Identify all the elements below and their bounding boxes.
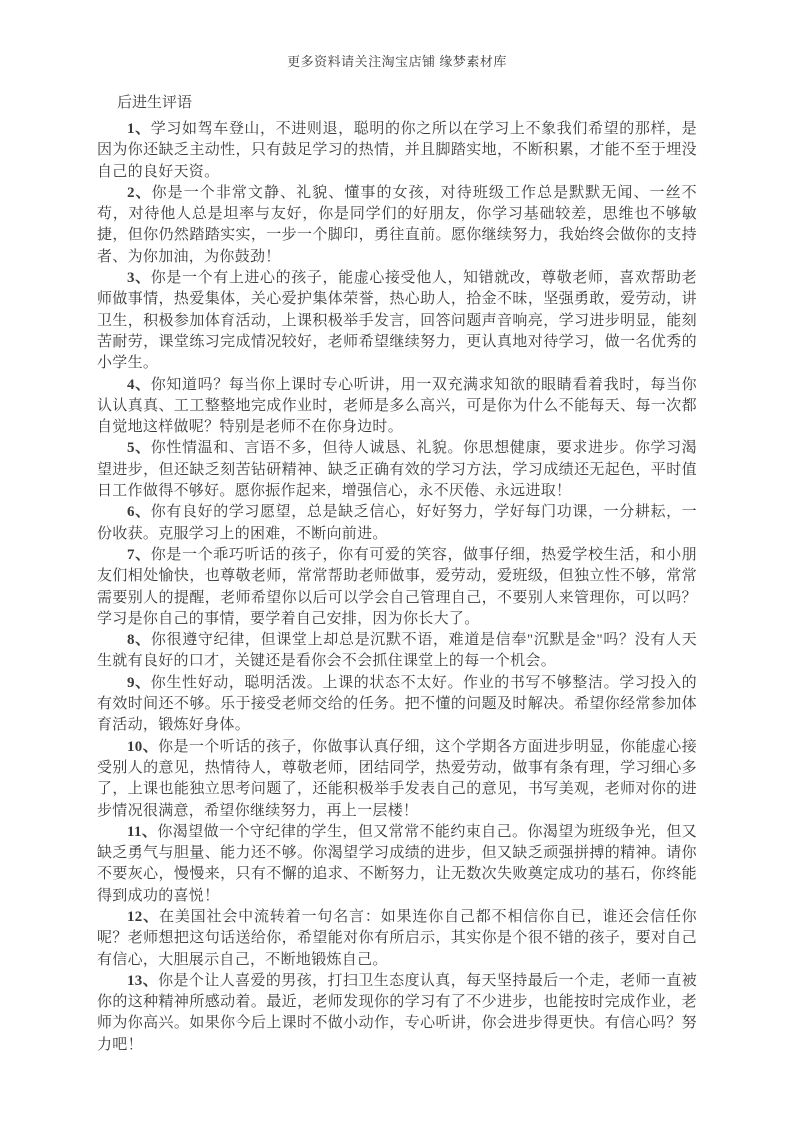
paragraph-text: 你生性好动，聪明活泼。上课的状态不太好。作业的书写不够整洁。学习投入的有效时间还…	[97, 675, 697, 734]
paragraph-text: 你是一个听话的孩子，你做事认真仔细，这个学期各方面进步明显，你能虚心接受别人的意…	[97, 739, 697, 819]
comment-paragraph-4: 4、你知道吗？每当你上课时专心听讲，用一双充满求知欲的眼睛看着我时，每当你认认真…	[97, 375, 697, 439]
comment-paragraph-3: 3、你是一个有上进心的孩子，能虚心接受他人，知错就改，尊敬老师，喜欢帮助老师做事…	[97, 268, 697, 374]
comment-paragraph-10: 10、你是一个听话的孩子，你做事认真仔细，这个学期各方面进步明显，你能虚心接受别…	[97, 737, 697, 822]
paragraph-text: 你有良好的学习愿望，总是缺乏信心，好好努力，学好每门功课，一分耕耘，一份收获。克…	[97, 504, 697, 541]
paragraph-number: 8、	[127, 632, 151, 648]
paragraph-text: 你知道吗？每当你上课时专心听讲，用一双充满求知欲的眼睛看着我时，每当你认认真真、…	[97, 377, 697, 436]
paragraph-text: 你很遵守纪律，但课堂上却总是沉默不语，难道是信奉"沉默是金"吗？没有人天生就有良…	[97, 632, 697, 669]
paragraph-list: 1、学习如驾车登山，不进则退，聪明的你之所以在学习上不象我们希望的那样，是因为你…	[97, 119, 697, 1056]
comment-paragraph-11: 11、你渴望做一个守纪律的学生，但又常常不能约束自己。你渴望为班级争光，但又缺乏…	[97, 822, 697, 907]
paragraph-text: 学习如驾车登山，不进则退，聪明的你之所以在学习上不象我们希望的那样，是因为你还缺…	[97, 121, 697, 180]
paragraph-number: 2、	[127, 185, 152, 201]
comment-paragraph-1: 1、学习如驾车登山，不进则退，聪明的你之所以在学习上不象我们希望的那样，是因为你…	[97, 119, 697, 183]
comment-paragraph-7: 7、你是一个乖巧听话的孩子，你有可爱的笑容，做事仔细，热爱学校生活，和小朋友们相…	[97, 545, 697, 630]
paragraph-text: 你是一个有上进心的孩子，能虚心接受他人，知错就改，尊敬老师，喜欢帮助老师做事情，…	[97, 270, 697, 371]
paragraph-number: 13、	[127, 973, 158, 989]
paragraph-number: 1、	[127, 121, 151, 137]
paragraph-number: 5、	[127, 440, 151, 456]
paragraph-number: 3、	[127, 270, 151, 286]
paragraph-text: 你渴望做一个守纪律的学生，但又常常不能约束自己。你渴望为班级争光，但又缺乏勇气与…	[97, 824, 697, 904]
comment-paragraph-8: 8、你很遵守纪律，但课堂上却总是沉默不语，难道是信奉"沉默是金"吗？没有人天生就…	[97, 630, 697, 673]
paragraph-text: 你是个让人喜爱的男孩，打扫卫生态度认真，每天坚持最后一个走，老师一直被你的这种精…	[97, 973, 697, 1053]
paragraph-number: 6、	[127, 504, 151, 520]
paragraph-text: 你是一个乖巧听话的孩子，你有可爱的笑容，做事仔细，热爱学校生活，和小朋友们相处愉…	[97, 547, 697, 627]
comment-paragraph-6: 6、你有良好的学习愿望，总是缺乏信心，好好努力，学好每门功课，一分耕耘，一份收获…	[97, 502, 697, 545]
paragraph-number: 10、	[127, 739, 158, 755]
comment-paragraph-9: 9、你生性好动，聪明活泼。上课的状态不太好。作业的书写不够整洁。学习投入的有效时…	[97, 673, 697, 737]
comment-paragraph-13: 13、你是个让人喜爱的男孩，打扫卫生态度认真，每天坚持最后一个走，老师一直被你的…	[97, 971, 697, 1056]
page-header-note: 更多资料请关注淘宝店铺 缘梦素材库	[97, 54, 697, 70]
paragraph-number: 4、	[127, 377, 151, 393]
paragraph-text: 你是一个非常文静、礼貌、懂事的女孩，对待班级工作总是默默无闻、一丝不苟，对待他人…	[97, 185, 697, 265]
paragraph-text: 在美国社会中流转着一句名言：如果连你自己都不相信你自已，谁还会信任你呢？老师想把…	[97, 909, 697, 968]
paragraph-number: 12、	[127, 909, 159, 925]
document-page: 更多资料请关注淘宝店铺 缘梦素材库 后进生评语 1、学习如驾车登山，不进则退，聪…	[0, 0, 793, 1122]
comment-paragraph-12: 12、在美国社会中流转着一句名言：如果连你自己都不相信你自已，谁还会信任你呢？老…	[97, 907, 697, 971]
paragraph-text: 你性情温和、言语不多，但待人诚恳、礼貌。你思想健康，要求进步。你学习渴望进步，但…	[97, 440, 697, 499]
paragraph-number: 7、	[127, 547, 151, 563]
comment-paragraph-5: 5、你性情温和、言语不多，但待人诚恳、礼貌。你思想健康，要求进步。你学习渴望进步…	[97, 438, 697, 502]
document-title: 后进生评语	[117, 93, 697, 114]
paragraph-number: 11、	[127, 824, 157, 840]
comment-paragraph-2: 2、你是一个非常文静、礼貌、懂事的女孩，对待班级工作总是默默无闻、一丝不苟，对待…	[97, 183, 697, 268]
paragraph-number: 9、	[127, 675, 151, 691]
